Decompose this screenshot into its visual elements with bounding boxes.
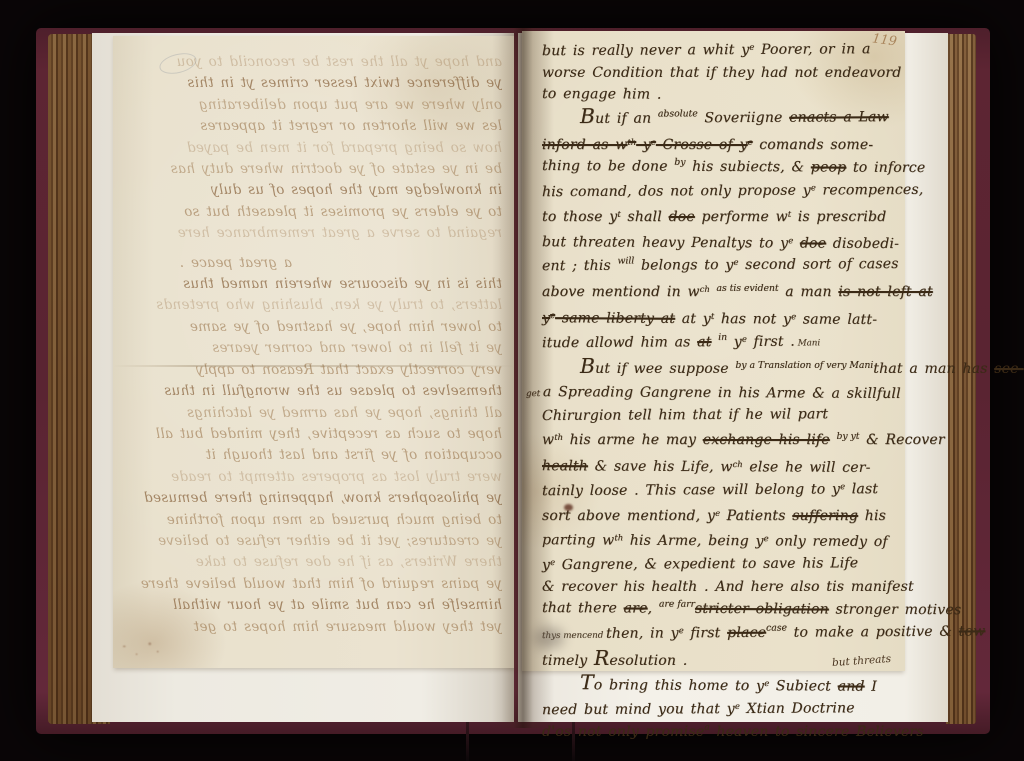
page-edges-right bbox=[946, 34, 976, 724]
crease-line bbox=[113, 365, 514, 367]
ink-stain bbox=[564, 504, 573, 511]
manuscript-page-left: and hope yt all the rest be reconcild to… bbox=[113, 36, 514, 668]
manuscript-page-right: 119 but is really never a whit ye Poorer… bbox=[522, 31, 905, 671]
photo-scene: and hope yt all the rest be reconcild to… bbox=[0, 0, 1024, 761]
binding-cord bbox=[466, 722, 469, 761]
showthrough-text: and hope yt all the rest be reconcild to… bbox=[127, 52, 502, 654]
binding-cord bbox=[572, 722, 575, 761]
ink-speckle bbox=[119, 636, 163, 662]
smudge-stain bbox=[534, 627, 564, 649]
manuscript-text: but is really never a whit ye Poorer, or… bbox=[542, 38, 894, 745]
